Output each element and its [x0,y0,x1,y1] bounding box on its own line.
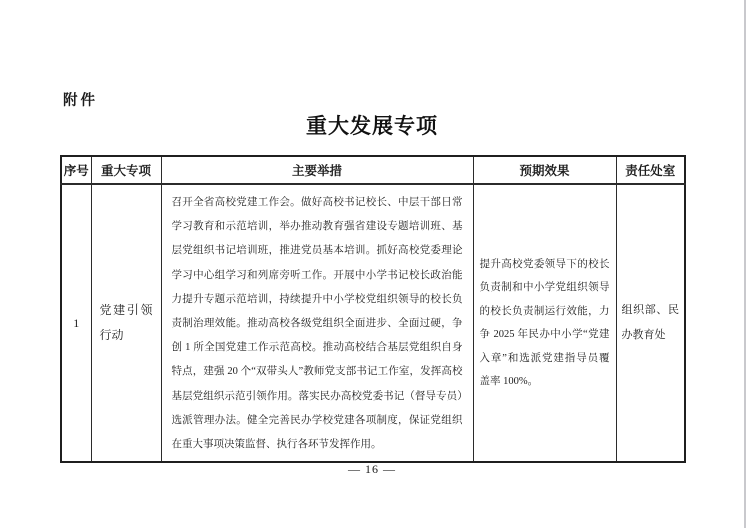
cell-row-index: 1 [61,184,91,462]
cell-responsible-department: 组织部、民办教育处 [616,184,685,462]
cell-project-name: 党建引领行动 [91,184,161,462]
cell-main-measures: 召开全省高校党建工作会。做好高校书记校长、中层干部日常学习教育和示范培训，举办推… [161,184,473,462]
table-row: 1 党建引领行动 召开全省高校党建工作会。做好高校书记校长、中层干部日常学习教育… [61,184,685,462]
document-page: 附件 重大发展专项 序号 重大专项 主要举措 预期效果 责任处室 1 党建引领行… [0,0,746,528]
col-header-project: 重大专项 [91,156,161,184]
col-header-department: 责任处室 [616,156,685,184]
table-header-row: 序号 重大专项 主要举措 预期效果 责任处室 [61,156,685,184]
major-projects-table: 序号 重大专项 主要举措 预期效果 责任处室 1 党建引领行动 召开全省高校党建… [60,155,686,463]
col-header-expected: 预期效果 [473,156,616,184]
cell-expected-results: 提升高校党委领导下的校长负责制和中小学党组织领导的校长负责制运行效能，力争 20… [473,184,616,462]
page-title: 重大发展专项 [0,110,744,140]
attachment-label: 附件 [63,89,98,110]
col-header-index: 序号 [61,156,91,184]
page-number: — 16 — [0,462,744,477]
col-header-measures: 主要举措 [161,156,473,184]
